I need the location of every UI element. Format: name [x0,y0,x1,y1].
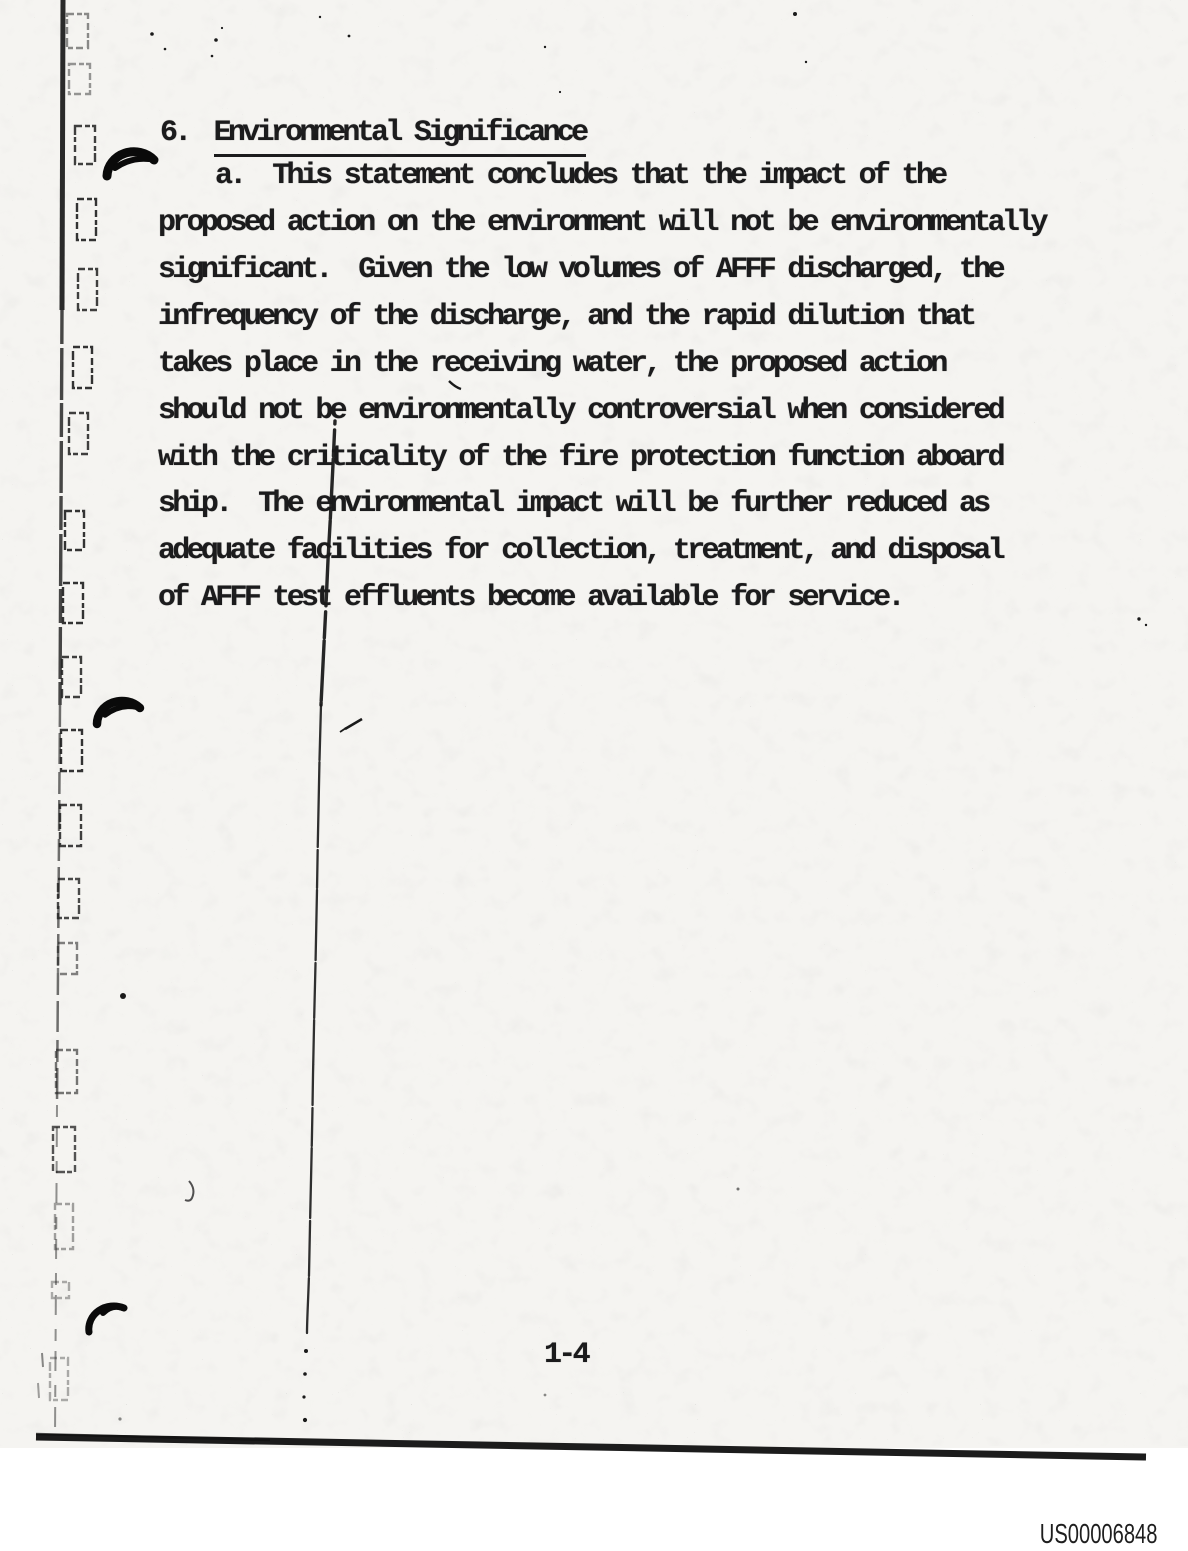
body-line: significant. Given the low volumes of AF… [158,255,1002,285]
scanned-document-page: 6.Environmental Significance a. This sta… [0,0,1188,1551]
page-number: 1-4 [544,1340,587,1370]
section-number: 6. [160,118,189,148]
body-line: should not be environmentally controvers… [158,396,1002,426]
body-line: proposed action on the environment will … [158,208,1045,238]
body-line: a. This statement concludes that the imp… [215,161,944,191]
section-title: Environmental Significance [214,118,586,157]
body-line: ship. The environmental impact will be f… [158,489,988,519]
body-line: with the criticality of the fire protect… [158,443,1002,473]
body-line: infrequency of the discharge, and the ra… [158,302,973,332]
body-line: adequate facilities for collection, trea… [158,536,1002,566]
body-line: takes place in the receiving water, the … [158,349,945,379]
section-heading: 6.Environmental Significance [160,118,586,157]
body-line: of AFFF test effluents become available … [158,583,902,613]
bates-number: US00006848 [1039,1518,1157,1550]
